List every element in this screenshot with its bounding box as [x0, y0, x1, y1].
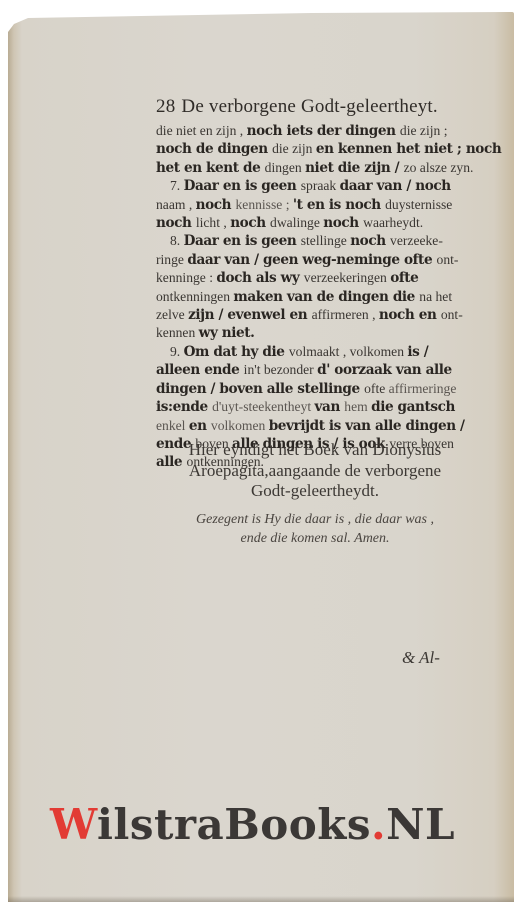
body-paragraphs: die niet en zijn , noch iets der dingen … [156, 122, 468, 472]
roman-segment: naam , [156, 197, 196, 212]
roman-segment: die niet en zijn , [156, 123, 247, 138]
blackletter-segment: doch als wy [216, 270, 303, 286]
blackletter-segment: noch [350, 233, 390, 249]
roman-segment: 9. [170, 344, 184, 359]
page-text: 28De verborgene Godt-geleertheyt. die ni… [156, 96, 468, 472]
text-line: enkel en volkomen bevrijdt is van alle d… [156, 417, 468, 435]
blackletter-segment: alleen ende [156, 362, 244, 378]
blackletter-segment: en [189, 418, 211, 434]
blackletter-segment: Om dat hy die [184, 344, 289, 360]
roman-segment: die zijn [272, 141, 316, 156]
roman-segment: dwalinge [270, 215, 323, 230]
roman-segment: kennen [156, 325, 199, 340]
text-line: kenninge : doch als wy verzeekeringen of… [156, 269, 468, 287]
roman-segment: die zijn ; [400, 123, 448, 138]
watermark-logo: WilstraBooks.NL [50, 800, 455, 849]
roman-segment: kenninge : [156, 270, 216, 285]
roman-segment: stellinge [301, 233, 350, 248]
roman-segment: kennisse ; [235, 197, 292, 212]
roman-segment: ont- [441, 307, 463, 322]
catchword: & Al- [402, 648, 440, 668]
blackletter-segment: noch en [379, 307, 441, 323]
blessing-line: Gezegent is Hy die daar is , die daar wa… [150, 510, 480, 529]
text-line: noch de dingen die zijn en kennen het ni… [156, 140, 468, 158]
roman-segment: ontkenningen [156, 289, 233, 304]
watermark-dot: . [371, 800, 386, 849]
roman-segment: ringe [156, 252, 187, 267]
text-line: is:ende d'uyt-steekentheyt van hem die g… [156, 398, 468, 416]
blackletter-segment: daar van / geen weg-neminge ofte [187, 252, 436, 268]
blackletter-segment: en kennen het niet ; noch [316, 141, 501, 157]
text-line: naam , noch kennisse ; 't en is noch duy… [156, 196, 468, 214]
roman-segment: affirmeringe [389, 381, 457, 396]
text-line: alleen ende in't bezonder d' oorzaak van… [156, 361, 468, 379]
blessing-line: ende die komen sal. Amen. [150, 529, 480, 548]
blackletter-segment: 't en is noch [293, 197, 385, 213]
roman-segment: 8. [170, 233, 184, 248]
roman-segment: ont- [437, 252, 459, 267]
roman-segment: waarheydt. [363, 215, 423, 230]
blackletter-segment: het en kent de [156, 160, 265, 176]
blessing: Gezegent is Hy die daar is , die daar wa… [150, 510, 480, 548]
blackletter-segment: van [315, 399, 345, 415]
roman-segment: na het [419, 289, 452, 304]
blackletter-segment: maken van de dingen die [233, 289, 419, 305]
roman-segment: affirmeren , [312, 307, 379, 322]
blackletter-segment: Daar en is geen [184, 178, 301, 194]
roman-segment: volkomen [211, 418, 269, 433]
roman-segment: verzeekeringen [304, 270, 390, 285]
blackletter-segment: bevrijdt is van alle dingen / [269, 418, 465, 434]
text-line: het en kent de dingen niet die zijn / zo… [156, 159, 468, 177]
blackletter-segment: dingen / boven alle stellinge [156, 381, 364, 397]
blackletter-segment: noch [230, 215, 270, 231]
blackletter-segment: ofte [390, 270, 418, 286]
closing-line: Godt-geleertheydt. [150, 481, 480, 502]
text-line: ringe daar van / geen weg-neminge ofte o… [156, 251, 468, 269]
roman-segment: ofte [364, 381, 389, 396]
blackletter-segment: die gantsch [371, 399, 455, 415]
roman-segment: in't bezonder [244, 362, 317, 377]
roman-segment: d'uyt-steekentheyt [212, 399, 314, 414]
blackletter-segment: noch [196, 197, 236, 213]
text-line: noch licht , noch dwalinge noch waarheyd… [156, 214, 468, 232]
text-line: zelve zijn / evenwel en affirmeren , noc… [156, 306, 468, 324]
blackletter-segment: d' oorzaak van alle [317, 362, 452, 378]
roman-segment: duysternisse [385, 197, 452, 212]
blackletter-segment: daar van / noch [340, 178, 451, 194]
blackletter-segment: wy niet. [199, 325, 255, 341]
blackletter-segment: noch de dingen [156, 141, 272, 157]
roman-segment: 7. [170, 178, 184, 193]
text-line: ontkenningen maken van de dingen die na … [156, 288, 468, 306]
roman-segment: zelve [156, 307, 188, 322]
blackletter-segment: niet die zijn / [305, 160, 403, 176]
blackletter-segment: Daar en is geen [184, 233, 301, 249]
watermark-name: ilstraBooks [97, 800, 371, 849]
running-head-title: De verborgene Godt-geleertheyt. [181, 96, 437, 117]
closing-line: Hier eyndigt het Boek van Dionysius [150, 440, 480, 461]
text-line: 7. Daar en is geen spraak daar van / noc… [156, 177, 468, 195]
roman-segment: enkel [156, 418, 189, 433]
watermark-initial: W [50, 800, 97, 849]
blackletter-segment: is / [407, 344, 428, 360]
text-line: die niet en zijn , noch iets der dingen … [156, 122, 468, 140]
roman-segment: verzeeke- [390, 233, 443, 248]
running-head: 28De verborgene Godt-geleertheyt. [156, 96, 468, 118]
closing-statement: Hier eyndigt het Boek van Dionysius Aroe… [150, 440, 480, 502]
roman-segment: licht , [196, 215, 230, 230]
blackletter-segment: noch [323, 215, 363, 231]
blackletter-segment: zijn / evenwel en [188, 307, 312, 323]
closing-line: Aroepagita,aangaande de verborgene [150, 461, 480, 482]
roman-segment: zo alsze zyn. [404, 160, 474, 175]
roman-segment: dingen [265, 160, 305, 175]
blackletter-segment: noch iets der dingen [247, 123, 400, 139]
text-line: 8. Daar en is geen stellinge noch verzee… [156, 232, 468, 250]
watermark-suffix: NL [386, 800, 455, 849]
text-line: kennen wy niet. [156, 324, 468, 342]
roman-segment: volmaakt , volkomen [289, 344, 408, 359]
blackletter-segment: noch [156, 215, 196, 231]
roman-segment: spraak [301, 178, 340, 193]
text-line: 9. Om dat hy die volmaakt , volkomen is … [156, 343, 468, 361]
blackletter-segment: is:ende [156, 399, 212, 415]
text-line: dingen / boven alle stellinge ofte affir… [156, 380, 468, 398]
roman-segment: hem [344, 399, 371, 414]
page-number: 28 [156, 96, 175, 117]
